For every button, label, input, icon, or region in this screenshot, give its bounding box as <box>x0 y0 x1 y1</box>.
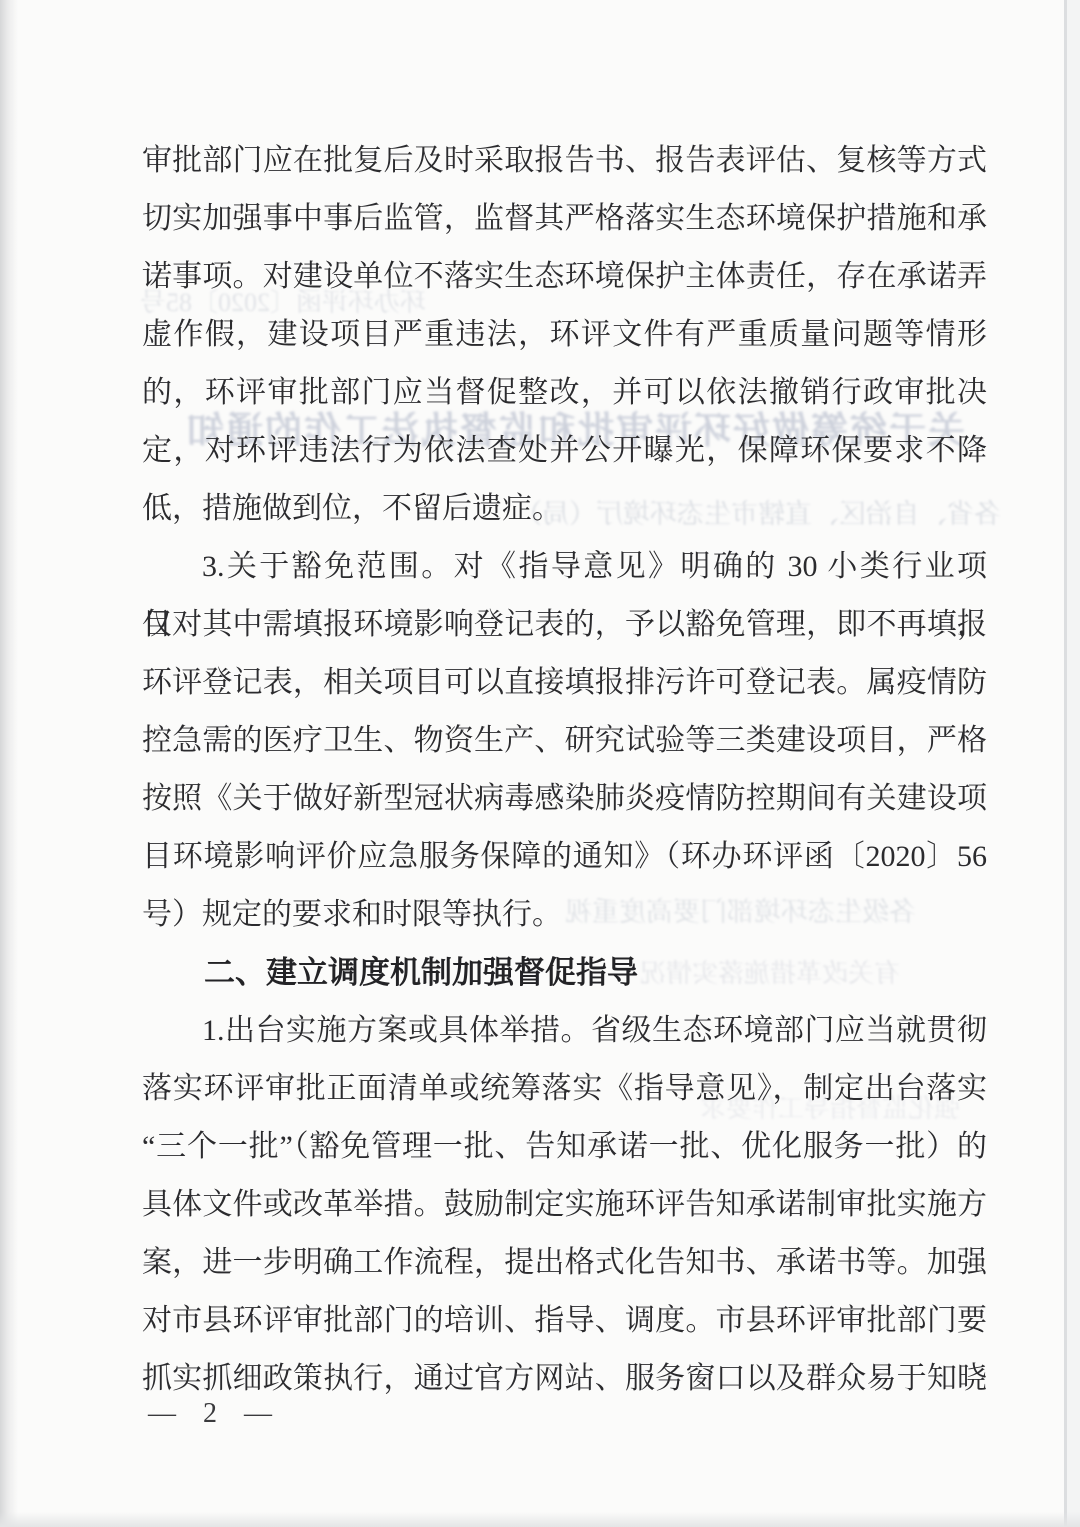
page-edge-right-line <box>1064 0 1067 1527</box>
page-number: — 2 — <box>148 1398 282 1430</box>
document-line: 控急需的医疗卫生、物资生产、研究试验等三类建设项目，严格 <box>142 712 987 770</box>
document-line: 落实环评审批正面清单或统筹落实《指导意见》，制定出台落实 <box>142 1060 987 1118</box>
document-line: 低，措施做到位，不留后遗症。 <box>142 480 987 538</box>
document-line: 号）规定的要求和时限等执行。 <box>142 886 987 944</box>
document-line: 的，环评审批部门应当督促整改，并可以依法撤销行政审批决 <box>142 364 987 422</box>
document-line: 目环境影响评价应急服务保障的通知》（环办环评函〔2020〕56 <box>142 828 987 886</box>
document-line: 定，对环评违法行为依法查处并公开曝光，保障环保要求不降 <box>142 422 987 480</box>
document-line: 虚作假，建设项目严重违法，环评文件有严重质量问题等情形 <box>142 306 987 364</box>
page-edge-bottom <box>0 1512 1080 1527</box>
document-line: 环评登记表，相关项目可以直接填报排污许可登记表。属疫情防 <box>142 654 987 712</box>
document-line: 3.关于豁免范围。对《指导意见》明确的 30 小类行业项目， <box>142 538 987 596</box>
document-line: 审批部门应在批复后及时采取报告书、报告表评估、复核等方式 <box>142 132 987 190</box>
document-body: 审批部门应在批复后及时采取报告书、报告表评估、复核等方式 切实加强事中事后监管，… <box>142 132 987 1408</box>
document-line: 切实加强事中事后监管，监督其严格落实生态环境保护措施和承 <box>142 190 987 248</box>
document-line: “三个一批”（豁免管理一批、告知承诺一批、优化服务一批）的 <box>142 1118 987 1176</box>
page-edge-left <box>0 0 18 1527</box>
document-line: 按照《关于做好新型冠状病毒感染肺炎疫情防控期间有关建设项 <box>142 770 987 828</box>
page-edge-right-background <box>1067 0 1080 1527</box>
document-line: 对市县环评审批部门的培训、指导、调度。市县环评审批部门要 <box>142 1292 987 1350</box>
section-heading: 二、建立调度机制加强督促指导 <box>142 944 987 1002</box>
document-line: 诺事项。对建设单位不落实生态环境保护主体责任，存在承诺弄 <box>142 248 987 306</box>
document-line: 案，进一步明确工作流程，提出格式化告知书、承诺书等。加强 <box>142 1234 987 1292</box>
document-line: 1.出台实施方案或具体举措。省级生态环境部门应当就贯彻 <box>142 1002 987 1060</box>
document-line: 具体文件或改革举措。鼓励制定实施环评告知承诺制审批实施方 <box>142 1176 987 1234</box>
scanned-document-page: 环办环评函〔2020〕85号 关于统筹做好环评审批和监督执法工作的通知 各省、自… <box>0 0 1080 1527</box>
document-line: 仅对其中需填报环境影响登记表的，予以豁免管理，即不再填报 <box>142 596 987 654</box>
